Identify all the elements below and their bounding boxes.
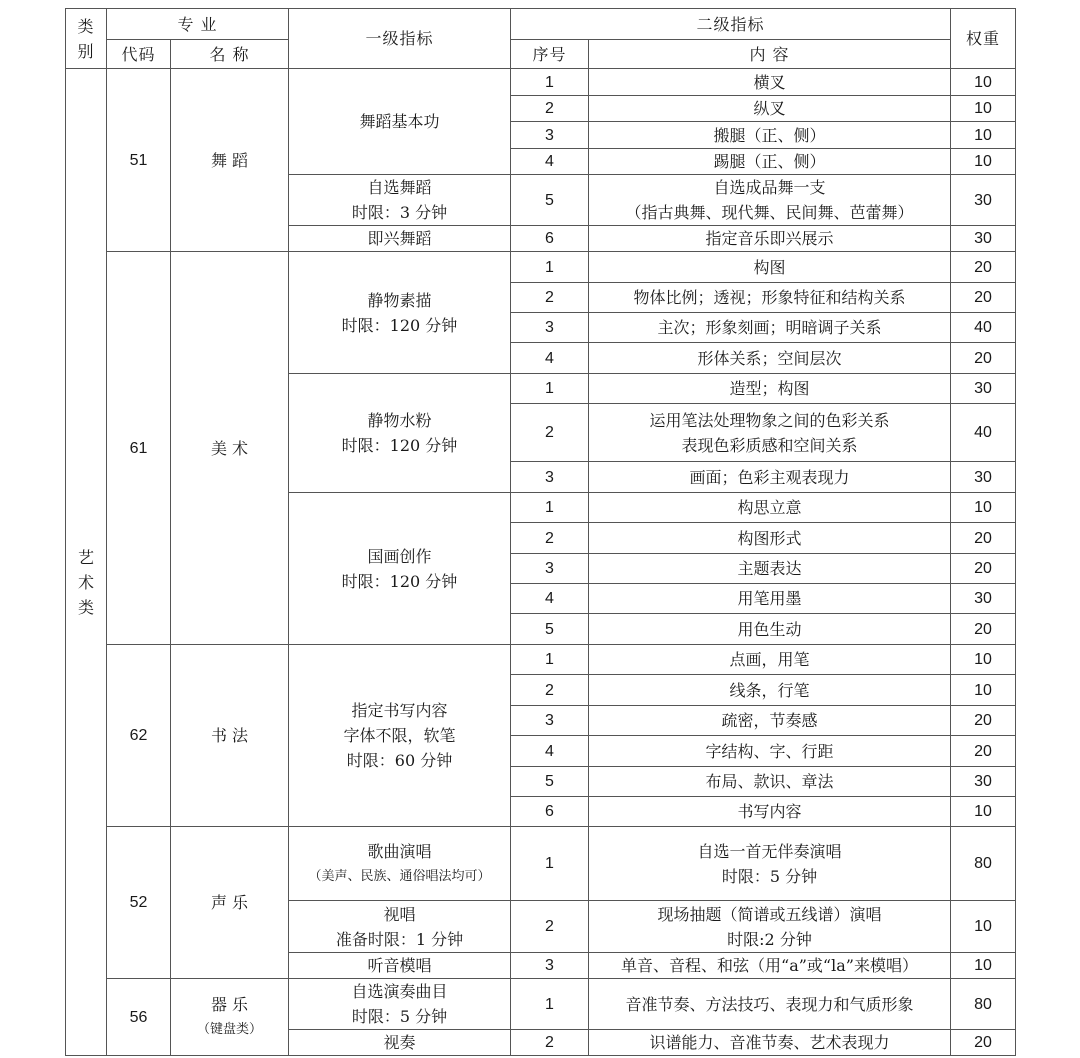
level1-indicator: 歌曲演唱（美声、民族、通俗唱法均可）	[289, 827, 511, 901]
text-line: 线条，行笔	[589, 678, 950, 703]
text-line: 视唱	[289, 902, 510, 927]
text-line: 运用笔法处理物象之间的色彩关系	[589, 408, 950, 433]
content-cell: 构思立意	[589, 493, 951, 523]
seq-cell: 1	[511, 645, 589, 675]
text-line: 自选舞蹈	[289, 175, 510, 200]
text-line: 国画创作	[289, 544, 510, 569]
text-line: 时限：3 分钟	[289, 200, 510, 225]
text-line: （指古典舞、现代舞、民间舞、芭蕾舞）	[589, 200, 950, 225]
seq-cell: 2	[511, 283, 589, 313]
seq-cell: 3	[511, 122, 589, 149]
header-category: 类别	[66, 9, 107, 69]
content-cell: 运用笔法处理物象之间的色彩关系表现色彩质感和空间关系	[589, 404, 951, 462]
text-line: 踢腿（正、侧）	[589, 149, 950, 174]
header-major: 专 业	[107, 9, 289, 40]
text-line: 横叉	[589, 70, 950, 95]
text-line: 现场抽题（简谱或五线谱）演唱	[589, 902, 950, 927]
text-line: 指定书写内容	[289, 698, 510, 723]
major-name-text: 书 法	[171, 723, 288, 748]
text-line: 时限：5 分钟	[589, 864, 950, 889]
weight-cell: 30	[951, 175, 1016, 226]
content-cell: 横叉	[589, 69, 951, 96]
text-line: 音准节奏、方法技巧、表现力和气质形象	[589, 992, 950, 1017]
level1-indicator: 国画创作时限：120 分钟	[289, 493, 511, 645]
seq-cell: 1	[511, 979, 589, 1030]
major-code: 56	[107, 979, 171, 1056]
seq-cell: 2	[511, 675, 589, 706]
text-line: 表现色彩质感和空间关系	[589, 433, 950, 458]
header-name: 名 称	[171, 40, 289, 69]
text-line: 形体关系；空间层次	[589, 346, 950, 371]
weight-cell: 10	[951, 122, 1016, 149]
seq-cell: 1	[511, 374, 589, 404]
category-cell: 艺术类	[66, 69, 107, 1056]
seq-cell: 2	[511, 1030, 589, 1056]
weight-cell: 10	[951, 149, 1016, 175]
content-cell: 识谱能力、音准节奏、艺术表现力	[589, 1030, 951, 1056]
content-cell: 自选成品舞一支（指古典舞、现代舞、民间舞、芭蕾舞）	[589, 175, 951, 226]
table-row: 56器 乐（键盘类）自选演奏曲目时限：5 分钟1音准节奏、方法技巧、表现力和气质…	[66, 979, 1016, 1030]
seq-cell: 2	[511, 523, 589, 554]
seq-cell: 3	[511, 953, 589, 979]
text-line: 准备时限：1 分钟	[289, 927, 510, 952]
seq-cell: 6	[511, 797, 589, 827]
content-cell: 单音、音程、和弦（用“a”或“la”来模唱）	[589, 953, 951, 979]
seq-cell: 1	[511, 827, 589, 901]
major-code: 61	[107, 252, 171, 645]
weight-cell: 30	[951, 584, 1016, 614]
category-char: 艺	[66, 545, 106, 570]
text-line: 歌曲演唱	[289, 839, 510, 864]
seq-cell: 3	[511, 462, 589, 493]
level1-indicator: 自选舞蹈时限：3 分钟	[289, 175, 511, 226]
content-cell: 物体比例；透视；形象特征和结构关系	[589, 283, 951, 313]
text-line: 时限:2 分钟	[589, 927, 950, 952]
text-line: 单音、音程、和弦（用“a”或“la”来模唱）	[589, 953, 950, 978]
content-cell: 字结构、字、行距	[589, 736, 951, 767]
content-cell: 画面；色彩主观表现力	[589, 462, 951, 493]
weight-cell: 20	[951, 523, 1016, 554]
seq-cell: 4	[511, 343, 589, 374]
text-line: 舞蹈基本功	[289, 109, 510, 134]
seq-cell: 2	[511, 901, 589, 953]
content-cell: 线条，行笔	[589, 675, 951, 706]
seq-cell: 4	[511, 584, 589, 614]
seq-cell: 5	[511, 614, 589, 645]
content-cell: 造型；构图	[589, 374, 951, 404]
level1-indicator: 指定书写内容字体不限，软笔时限：60 分钟	[289, 645, 511, 827]
major-name-text: 声 乐	[171, 890, 288, 915]
content-cell: 纵叉	[589, 96, 951, 122]
seq-cell: 1	[511, 252, 589, 283]
content-cell: 形体关系；空间层次	[589, 343, 951, 374]
text-line: 字体不限，软笔	[289, 723, 510, 748]
content-cell: 用笔用墨	[589, 584, 951, 614]
seq-cell: 1	[511, 69, 589, 96]
weight-cell: 80	[951, 827, 1016, 901]
weight-cell: 30	[951, 462, 1016, 493]
text-line: 纵叉	[589, 96, 950, 121]
text-line: 听音模唱	[289, 953, 510, 978]
weight-cell: 20	[951, 554, 1016, 584]
text-line: 时限：120 分钟	[289, 569, 510, 594]
weight-cell: 20	[951, 736, 1016, 767]
weight-cell: 20	[951, 706, 1016, 736]
table-row: 61美 术静物素描时限：120 分钟1构图20	[66, 252, 1016, 283]
weight-cell: 30	[951, 226, 1016, 252]
text-line: 自选成品舞一支	[589, 175, 950, 200]
table-row: 艺术类51舞 蹈舞蹈基本功1横叉10	[66, 69, 1016, 96]
level1-indicator: 自选演奏曲目时限：5 分钟	[289, 979, 511, 1030]
category-char: 术	[66, 570, 106, 595]
text-line: 构图形式	[589, 526, 950, 551]
content-cell: 踢腿（正、侧）	[589, 149, 951, 175]
major-name: 声 乐	[171, 827, 289, 979]
major-name: 器 乐（键盘类）	[171, 979, 289, 1056]
content-cell: 疏密，节奏感	[589, 706, 951, 736]
major-code: 51	[107, 69, 171, 252]
text-line: 构思立意	[589, 495, 950, 520]
header-code: 代码	[107, 40, 171, 69]
text-line: 时限：120 分钟	[289, 433, 510, 458]
weight-cell: 10	[951, 493, 1016, 523]
major-name: 舞 蹈	[171, 69, 289, 252]
weight-cell: 20	[951, 252, 1016, 283]
content-cell: 自选一首无伴奏演唱时限：5 分钟	[589, 827, 951, 901]
seq-cell: 5	[511, 175, 589, 226]
text-line: 时限：5 分钟	[289, 1004, 510, 1029]
major-name-text: 舞 蹈	[171, 148, 288, 173]
major-name-text: 器 乐	[171, 992, 288, 1017]
text-line: 时限：120 分钟	[289, 313, 510, 338]
level1-indicator: 视唱准备时限：1 分钟	[289, 901, 511, 953]
content-cell: 布局、款识、章法	[589, 767, 951, 797]
weight-cell: 10	[951, 645, 1016, 675]
level1-indicator: 听音模唱	[289, 953, 511, 979]
weight-cell: 10	[951, 797, 1016, 827]
text-line: 疏密，节奏感	[589, 708, 950, 733]
scoring-criteria-table: 类别 专 业 一级指标 二级指标 权重 代码 名 称 序号 内 容 艺术类51舞…	[65, 8, 1016, 1056]
content-cell: 主次；形象刻画；明暗调子关系	[589, 313, 951, 343]
header-weight: 权重	[951, 9, 1016, 69]
level1-indicator: 即兴舞蹈	[289, 226, 511, 252]
content-cell: 书写内容	[589, 797, 951, 827]
weight-cell: 30	[951, 767, 1016, 797]
content-cell: 现场抽题（简谱或五线谱）演唱时限:2 分钟	[589, 901, 951, 953]
table-row: 62书 法指定书写内容字体不限，软笔时限：60 分钟1点画，用笔10	[66, 645, 1016, 675]
text-line: 搬腿（正、侧）	[589, 123, 950, 148]
content-cell: 搬腿（正、侧）	[589, 122, 951, 149]
seq-cell: 4	[511, 149, 589, 175]
text-line: 主题表达	[589, 556, 950, 581]
text-line: 静物水粉	[289, 408, 510, 433]
content-cell: 主题表达	[589, 554, 951, 584]
weight-cell: 40	[951, 313, 1016, 343]
text-line: 书写内容	[589, 799, 950, 824]
text-line: 布局、款识、章法	[589, 769, 950, 794]
text-line: 画面；色彩主观表现力	[589, 465, 950, 490]
category-char: 类	[66, 595, 106, 620]
text-line: 时限：60 分钟	[289, 748, 510, 773]
seq-cell: 3	[511, 706, 589, 736]
text-line: 即兴舞蹈	[289, 226, 510, 251]
major-name: 书 法	[171, 645, 289, 827]
text-line: 点画，用笔	[589, 647, 950, 672]
weight-cell: 20	[951, 283, 1016, 313]
weight-cell: 20	[951, 1030, 1016, 1056]
header-level1: 一级指标	[289, 9, 511, 69]
text-line: 构图	[589, 255, 950, 280]
seq-cell: 1	[511, 493, 589, 523]
major-subtitle: （键盘类）	[171, 1017, 288, 1042]
weight-cell: 20	[951, 343, 1016, 374]
major-name-text: 美 术	[171, 436, 288, 461]
text-line: 指定音乐即兴展示	[589, 226, 950, 251]
text-line: 用笔用墨	[589, 586, 950, 611]
weight-cell: 40	[951, 404, 1016, 462]
weight-cell: 20	[951, 614, 1016, 645]
text-line: 物体比例；透视；形象特征和结构关系	[589, 285, 950, 310]
weight-cell: 10	[951, 96, 1016, 122]
seq-cell: 5	[511, 767, 589, 797]
weight-cell: 80	[951, 979, 1016, 1030]
seq-cell: 4	[511, 736, 589, 767]
header-level2: 二级指标	[511, 9, 951, 40]
major-name: 美 术	[171, 252, 289, 645]
seq-cell: 3	[511, 554, 589, 584]
text-line: 静物素描	[289, 288, 510, 313]
content-cell: 用色生动	[589, 614, 951, 645]
text-line: 自选一首无伴奏演唱	[589, 839, 950, 864]
content-cell: 点画，用笔	[589, 645, 951, 675]
level1-indicator: 静物素描时限：120 分钟	[289, 252, 511, 374]
text-line: 主次；形象刻画；明暗调子关系	[589, 315, 950, 340]
weight-cell: 10	[951, 901, 1016, 953]
text-line: 用色生动	[589, 617, 950, 642]
seq-cell: 2	[511, 404, 589, 462]
header-content: 内 容	[589, 40, 951, 69]
text-line: 识谱能力、音准节奏、艺术表现力	[589, 1030, 950, 1055]
seq-cell: 3	[511, 313, 589, 343]
content-cell: 音准节奏、方法技巧、表现力和气质形象	[589, 979, 951, 1030]
seq-cell: 6	[511, 226, 589, 252]
text-line: 字结构、字、行距	[589, 739, 950, 764]
weight-cell: 10	[951, 675, 1016, 706]
text-line: 视奏	[289, 1030, 510, 1055]
level1-indicator: 视奏	[289, 1030, 511, 1056]
seq-cell: 2	[511, 96, 589, 122]
level1-indicator: 舞蹈基本功	[289, 69, 511, 175]
weight-cell: 30	[951, 374, 1016, 404]
table-row: 52声 乐歌曲演唱（美声、民族、通俗唱法均可）1自选一首无伴奏演唱时限：5 分钟…	[66, 827, 1016, 901]
major-code: 62	[107, 645, 171, 827]
content-cell: 指定音乐即兴展示	[589, 226, 951, 252]
text-line: 造型；构图	[589, 376, 950, 401]
level1-indicator: 静物水粉时限：120 分钟	[289, 374, 511, 493]
weight-cell: 10	[951, 69, 1016, 96]
content-cell: 构图形式	[589, 523, 951, 554]
text-line: 自选演奏曲目	[289, 979, 510, 1004]
weight-cell: 10	[951, 953, 1016, 979]
text-line: （美声、民族、通俗唱法均可）	[289, 864, 510, 889]
content-cell: 构图	[589, 252, 951, 283]
major-code: 52	[107, 827, 171, 979]
header-seq: 序号	[511, 40, 589, 69]
